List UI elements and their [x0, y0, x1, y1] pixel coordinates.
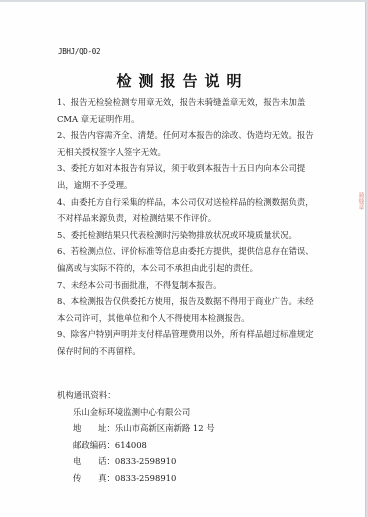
- note-item-2: 2、报告内容需齐全、清楚。任何对本报告的涂改、伪造均无效。报告无相关授权签字人签…: [57, 127, 317, 160]
- address-label: 地 址：: [73, 423, 115, 433]
- note-item-8: 8、本检测报告仅供委托方使用，报告及数据不得用于商业广告。未经本公司许可，其他单…: [57, 293, 317, 326]
- company-name: 乐山金标环境监测中心有限公司: [57, 404, 317, 421]
- address-value: 乐山市高新区南新路 12 号: [115, 423, 215, 433]
- note-item-6: 6、若检测点位、评价标准等信息由委托方提供，提供信息存在错误、偏离或与实际不符的…: [57, 243, 317, 276]
- note-item-7: 7、未经本公司书面批准，不得复制本报告。: [57, 277, 317, 294]
- seal-stamp-icon: 骑缝章: [354, 192, 364, 252]
- contact-info: 机构通讯资料： 乐山金标环境监测中心有限公司 地 址：乐山市高新区南新路 12 …: [57, 387, 317, 487]
- contact-heading: 机构通讯资料：: [57, 387, 317, 404]
- phone-value: 0833-2598910: [115, 456, 176, 466]
- postcode-row: 邮政编码：614008: [57, 437, 317, 454]
- note-item-5: 5、委托检测结果只代表检测时污染物排放状况或环境质量状况。: [57, 227, 317, 244]
- note-item-4: 4、由委托方自行采集的样品，本公司仅对送检样品的检测数据负责，不对样品来源负责，…: [57, 194, 317, 227]
- postcode-value: 614008: [115, 440, 147, 450]
- fax-label: 传 真：: [73, 473, 115, 483]
- document-code: JBHJ/QD-02: [58, 47, 100, 56]
- address-row: 地 址：乐山市高新区南新路 12 号: [57, 420, 317, 437]
- notes-list: 1、报告无检验检测专用章无效，报告未骑缝盖章无效，报告未加盖CMA 章无证明作用…: [57, 94, 317, 360]
- phone-row: 电 话：0833-2598910: [57, 453, 317, 470]
- note-item-9: 9、除客户特别声明并支付样品管理费用以外，所有样品超过标准规定保存时间的不再留样…: [57, 326, 317, 359]
- postcode-label: 邮政编码：: [73, 440, 115, 450]
- fax-row: 传 真：0833-2598910: [57, 470, 317, 487]
- note-item-1: 1、报告无检验检测专用章无效，报告未骑缝盖章无效，报告未加盖CMA 章无证明作用…: [57, 94, 317, 127]
- note-item-3: 3、委托方如对本报告有异议，须于收到本报告十五日内向本公司提出，逾期不予受理。: [57, 160, 317, 193]
- document-page: JBHJ/QD-02 检测报告说明 1、报告无检验检测专用章无效，报告未骑缝盖章…: [0, 2, 366, 517]
- phone-label: 电 话：: [73, 456, 115, 466]
- page-title: 检测报告说明: [0, 70, 365, 91]
- fax-value: 0833-2598910: [115, 473, 176, 483]
